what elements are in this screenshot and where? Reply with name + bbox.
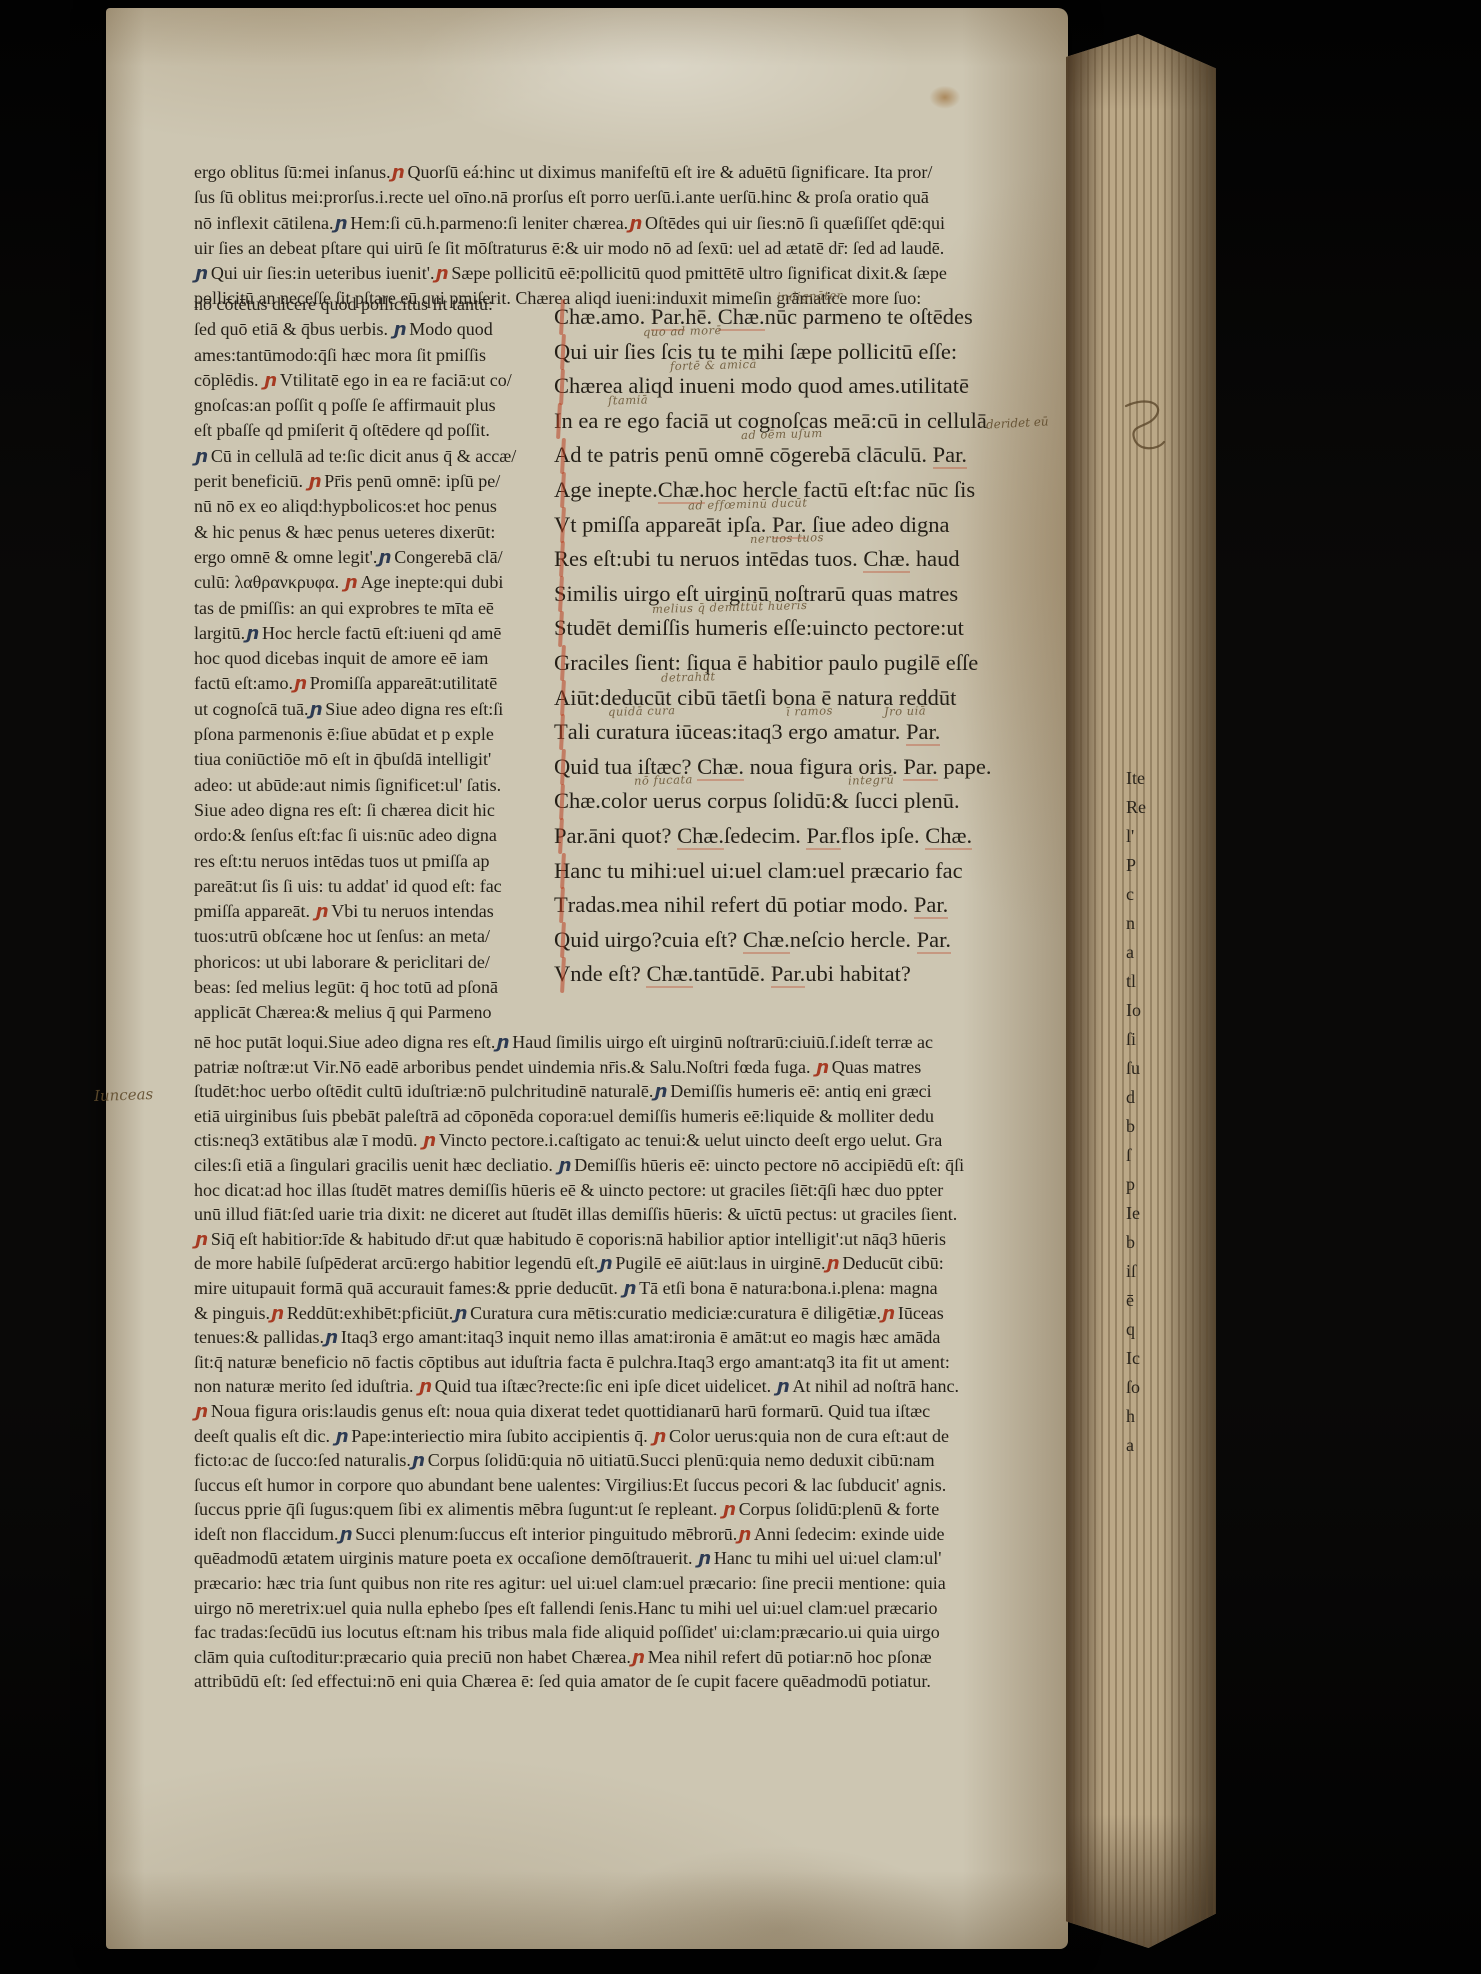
- text-line: & hic penus & hæc penus ueteres dixerūt:: [194, 520, 556, 545]
- text-line: ideſt non flaccidum.ɲSucci plenum:ſuccus…: [194, 1522, 1020, 1547]
- pilcrow-mark: ɲ: [600, 1253, 613, 1274]
- edge-text-fragment: a: [1126, 938, 1146, 967]
- text-line: beas: ſed melius legūt: q̄ hoc totū ad p…: [194, 975, 556, 1000]
- text-line: ſit:q̄ naturæ beneficio nō factis cōptib…: [194, 1350, 1020, 1375]
- speaker-abbrev: Chæ.: [925, 823, 972, 848]
- edge-text-fragment: b: [1126, 1112, 1146, 1141]
- edge-text-fragment: ſ: [1126, 1141, 1146, 1170]
- interlinear-gloss: fortē & amicā: [670, 357, 757, 373]
- interlinear-gloss: neruos tuos: [750, 530, 824, 546]
- text-line: phoricos: ut ubi laborare & periclitari …: [194, 950, 556, 975]
- text-line: deeſt qualis eſt dic. ɲPape:interiectio …: [194, 1424, 1020, 1449]
- text-line: nē hoc putāt loqui.Siue adeo digna res e…: [194, 1030, 1020, 1055]
- text-line: patriæ noſtræ:ut Vir.Nō eadē arboribus p…: [194, 1055, 1020, 1080]
- pilcrow-mark: ɲ: [325, 1327, 338, 1348]
- text-line: ſtudēt:hoc uerbo oſtēdit cultū iduſtriæ:…: [194, 1079, 1020, 1104]
- text-line: Qui uir ſies ſcis tu te mihi ſæpe pollic…: [554, 335, 1000, 370]
- text-line: Par.āni quot? Chæ.ſedecim. Par.flos ipſe…: [554, 819, 1000, 854]
- text-line: fac tradas:ſecūdū ius locutus eſt:nam hi…: [194, 1620, 1020, 1645]
- text-line: uirgo nō meretrix:uel quia nulla ephebo …: [194, 1596, 1020, 1621]
- text-line: ergo omnē & omne legit'.ɲCongerebā clā/: [194, 545, 556, 570]
- text-line: Res eſt:ubi tu neruos intēdas tuos. Chæ.…: [554, 542, 1000, 577]
- text-line: attribūdū eſt: ſed effectui:nō eni quia …: [194, 1669, 1020, 1694]
- rubricated-initial: T: [554, 888, 568, 923]
- rubricated-initial: Q: [554, 335, 570, 370]
- text-line: Studēt demiſſis humeris eſſe:uincto pect…: [554, 611, 1000, 646]
- speaker-abbrev: Chæ.: [677, 823, 724, 848]
- pilcrow-mark: ɲ: [816, 1057, 829, 1078]
- rubricated-initial: R: [554, 542, 569, 577]
- text-line: nō cōtētus dicere quod pollicitus ſit ta…: [194, 292, 556, 317]
- rubricated-initial: A: [554, 473, 570, 508]
- text-line: Chæ.amo. Par.hē. Chæ.nūc parmeno te oſtē…: [554, 300, 1000, 335]
- speaker-abbrev: Par.: [906, 719, 940, 744]
- text-line: ɲCū in cellulā ad te:ſic dicit anus q̄ &…: [194, 444, 556, 469]
- pilcrow-mark: ɲ: [294, 673, 307, 694]
- text-line: & pinguis.ɲReddūt:exhibēt:pficiūt.ɲCurat…: [194, 1301, 1020, 1326]
- interlinear-gloss: quidā cura: [607, 703, 675, 719]
- interlinear-gloss: Jro uiā: [884, 704, 926, 719]
- pilcrow-mark: ɲ: [882, 1303, 895, 1324]
- text-line: ciles:ſi etiā a ſingulari gracilis uenit…: [194, 1153, 1020, 1178]
- text-line: ergo oblitus ſū:mei inſanus.ɲQuorſū eá:h…: [194, 160, 1020, 185]
- text-line: ames:tantūmodo:q̄ſi hæc mora ſit pmiſſis: [194, 343, 556, 368]
- speaker-abbrev: Par.: [806, 823, 840, 848]
- fore-edge-pages: IteRel'PcnatlIoſiſudbſpIebiſēqIcſoha: [1066, 34, 1216, 1948]
- rubricated-initial: S: [554, 611, 567, 646]
- speaker-abbrev: Par.: [903, 754, 937, 779]
- text-line: uir ſies an debeat pſtare qui uirū ſe ſi…: [194, 236, 1020, 261]
- pilcrow-mark: ɲ: [436, 263, 449, 284]
- text-line: mire uitupauit formā quā accurauit fames…: [194, 1276, 1020, 1301]
- rubricated-initial: S: [554, 577, 567, 612]
- edge-text-fragment: d: [1126, 1083, 1146, 1112]
- book-page: ergo oblitus ſū:mei inſanus.ɲQuorſū eá:h…: [106, 8, 1068, 1949]
- text-line: ſuccus pprie q̄ſi ſugus:quem ſibi ex ali…: [194, 1497, 1020, 1522]
- interlinear-gloss: integrū: [848, 773, 895, 788]
- edge-text-fragment: p: [1126, 1170, 1146, 1199]
- text-line: tuos:utrū obſcæne hoc ut ſenſus: an meta…: [194, 924, 556, 949]
- interlinear-gloss: ī ramos: [786, 704, 833, 719]
- text-line: tenues:& pallidas.ɲItaq3 ergo amant:itaq…: [194, 1325, 1020, 1350]
- text-line: applicāt Chærea:& melius q̄ qui Parmeno: [194, 1000, 556, 1025]
- pilcrow-mark: ɲ: [339, 1524, 352, 1545]
- text-line: de more habilē ſuſpēderat arcū:ergo habi…: [194, 1251, 1020, 1276]
- text-line: largitū.ɲHoc hercle factū eſt:iueni qd a…: [194, 621, 556, 646]
- commentary-left-column: nō cōtētus dicere quod pollicitus ſit ta…: [194, 292, 556, 1026]
- rubricated-initial: V: [554, 957, 570, 992]
- speaker-abbrev: Chæ.: [863, 546, 910, 571]
- pilcrow-mark: ɲ: [334, 213, 347, 234]
- text-line: eſt pbaſſe qd pmiſerit q̄ oſtēdere qd po…: [194, 418, 556, 443]
- pilcrow-mark: ɲ: [195, 446, 208, 467]
- rubricated-initial: P: [554, 819, 567, 854]
- pilcrow-mark: ɲ: [271, 1303, 284, 1324]
- text-line: tiua coniūctiōe mō eſt in q̄buſdā intell…: [194, 747, 556, 772]
- pilcrow-mark: ɲ: [723, 1499, 736, 1520]
- text-line: ɲSiq̄ eſt habitior:īde & habitudo dr̄:ut…: [194, 1227, 1020, 1252]
- pilcrow-mark: ɲ: [195, 1229, 208, 1250]
- text-line: culū: λαθρανκρυφα. ɲAge inepte:qui dubi: [194, 570, 556, 595]
- edge-text-fragment: c: [1126, 880, 1146, 909]
- text-line: pmiſſa appareāt. ɲVbi tu neruos intendas: [194, 899, 556, 924]
- pilcrow-mark: ɲ: [738, 1524, 751, 1545]
- edge-text-fragment: ſu: [1126, 1054, 1146, 1083]
- pilcrow-mark: ɲ: [777, 1376, 790, 1397]
- edge-text-fragment: Re: [1126, 793, 1146, 822]
- pilcrow-mark: ɲ: [632, 1647, 645, 1668]
- text-line: nū nō ex eo aliqd:hypbolicos:et hoc penu…: [194, 494, 556, 519]
- interlinear-gloss: quo ad morē: [643, 323, 722, 339]
- text-line: pſona parmenonis ē:ſiue abūdat et p expl…: [194, 722, 556, 747]
- edge-text-fragment: q: [1126, 1315, 1146, 1344]
- interlinear-gloss: nō fucata: [634, 773, 693, 789]
- pilcrow-mark: ɲ: [826, 1253, 839, 1274]
- speaker-abbrev: Par.: [914, 892, 948, 917]
- rubricated-initial: G: [554, 646, 570, 681]
- speaker-abbrev: Par.: [917, 927, 951, 952]
- edge-text-fragment: ſo: [1126, 1373, 1146, 1402]
- pilcrow-mark: ɲ: [496, 1032, 509, 1053]
- text-line: Graciles ſient: ſiqua ē habitior paulo p…: [554, 646, 1000, 681]
- pilcrow-mark: ɲ: [392, 162, 405, 183]
- text-line: unū illud fiāt:ſed uarie tria dixit: ne …: [194, 1202, 1020, 1227]
- pilcrow-mark: ɲ: [195, 263, 208, 284]
- text-line: Hanc tu mihi:uel ui:uel clam:uel præcari…: [554, 854, 1000, 889]
- pilcrow-mark: ɲ: [246, 623, 259, 644]
- pilcrow-mark: ɲ: [623, 1278, 636, 1299]
- text-line: pareāt:ut ſis ſi uis: tu addat' id quod …: [194, 874, 556, 899]
- rubricated-initial: Q: [554, 923, 570, 958]
- text-line: ɲQui uir ſies:in ueteribus iuenit'.ɲSæpe…: [194, 261, 1020, 286]
- edge-text-fragment: Io: [1126, 996, 1146, 1025]
- pilcrow-mark: ɲ: [419, 1376, 432, 1397]
- text-line: ſed quō etiā & q̄bus uerbis. ɲModo quod: [194, 317, 556, 342]
- text-line: perit beneficiū. ɲPr̄is penū omnē: ipſū …: [194, 469, 556, 494]
- text-line: quēadmodū ætatem uirginis mature poeta e…: [194, 1546, 1020, 1571]
- text-line: cōplēdis. ɲVtilitatē ego in ea re faciā:…: [194, 368, 556, 393]
- rubricated-initial: I: [554, 404, 562, 439]
- text-line: Quid tua iſtæc? Chæ. noua figura oris. P…: [554, 750, 1000, 785]
- text-line: non naturæ merito ſed iduſtria. ɲQuid tu…: [194, 1374, 1020, 1399]
- edge-text-fragment: b: [1126, 1228, 1146, 1257]
- rubricated-initial: C: [554, 784, 569, 819]
- commentary-top-block: ergo oblitus ſū:mei inſanus.ɲQuorſū eá:h…: [194, 160, 1020, 312]
- speaker-abbrev: Chæ.: [646, 961, 693, 986]
- text-line: Tali curatura iūceas:itaq3 ergo amatur. …: [554, 715, 1000, 750]
- text-line: hoc quod dicebas inquit de amore eē iam: [194, 646, 556, 671]
- edge-text-fragment: iſ: [1126, 1257, 1146, 1286]
- text-line: tas de pmiſſis: an qui exprobres te mīta…: [194, 596, 556, 621]
- pilcrow-mark: ɲ: [335, 1426, 348, 1447]
- text-line: nō inflexit cātilena.ɲHem:ſi cū.h.parmen…: [194, 211, 1020, 236]
- text-line: Chæ.color uerus corpus ſolidū:& ſucci pl…: [554, 784, 1000, 819]
- rubricated-initial: V: [554, 508, 570, 543]
- text-line: res eſt:tu neruos intēdas tuos ut pmiſſa…: [194, 849, 556, 874]
- pen-flourish-mark: [1118, 394, 1170, 464]
- pilcrow-mark: ɲ: [423, 1130, 436, 1151]
- commentary-bottom-block: nē hoc putāt loqui.Siue adeo digna res e…: [194, 1030, 1020, 1694]
- edge-text-fragment: ſi: [1126, 1025, 1146, 1054]
- text-line: hoc dicat:ad hoc illas ſtudēt matres dem…: [194, 1178, 1020, 1203]
- text-line: Siue adeo digna res eſt: ſi chærea dicit…: [194, 798, 556, 823]
- pilcrow-mark: ɲ: [654, 1081, 667, 1102]
- edge-text-fragment: h: [1126, 1402, 1146, 1431]
- edge-text-fragment: a: [1126, 1431, 1146, 1460]
- interlinear-gloss: indignāter: [777, 288, 843, 304]
- text-line: etiā uirginibus ſuis pbebāt paleſtrā ad …: [194, 1104, 1020, 1129]
- text-line: præcario: hæc tria ſunt quibus non rite …: [194, 1571, 1020, 1596]
- rubricated-initial: C: [554, 300, 569, 335]
- text-line: Ad te patris penū omnē cōgerebā clāculū.…: [554, 438, 1000, 473]
- edge-text-fragment: Ie: [1126, 1199, 1146, 1228]
- pilcrow-mark: ɲ: [653, 1426, 666, 1447]
- interlinear-gloss: detrahūt: [661, 669, 716, 684]
- photograph-background: ergo oblitus ſū:mei inſanus.ɲQuorſū eá:h…: [0, 0, 1481, 1974]
- pilcrow-mark: ɲ: [308, 471, 321, 492]
- pilcrow-mark: ɲ: [454, 1303, 467, 1324]
- edge-text-fragment: Ic: [1126, 1344, 1146, 1373]
- edge-text-fragment: P: [1126, 851, 1146, 880]
- terence-verse-column: Chæ.amo. Par.hē. Chæ.nūc parmeno te oſtē…: [554, 300, 1000, 992]
- pilcrow-mark: ɲ: [558, 1155, 571, 1176]
- text-line: ctis:neq3 extātibus alæ ī modū. ɲVincto …: [194, 1128, 1020, 1153]
- pilcrow-mark: ɲ: [264, 370, 277, 391]
- marginal-annotation-right: deridet eū: [986, 414, 1049, 431]
- rubricated-initial: T: [554, 715, 568, 750]
- text-line: ut cognoſcā tuā.ɲSiue adeo digna res eſt…: [194, 697, 556, 722]
- text-line: adeo: ut abūde:aut nimis ſignificet:ul' …: [194, 773, 556, 798]
- rubricated-initial: A: [554, 681, 570, 716]
- edge-text-fragment: ē: [1126, 1286, 1146, 1315]
- text-line: Quid uirgo?cuia eſt? Chæ.neſcio hercle. …: [554, 923, 1000, 958]
- interlinear-gloss: ſtamiā: [607, 392, 648, 407]
- text-line: Tradas.mea nihil refert dū potiar modo. …: [554, 888, 1000, 923]
- text-line: gnoſcas:an poſſit q poſſe ſe affirmauit …: [194, 393, 556, 418]
- pilcrow-mark: ɲ: [378, 547, 391, 568]
- interlinear-gloss: ad oēm uſum: [741, 426, 823, 442]
- text-line: factū eſt:amo.ɲPromiſſa appareāt:utilita…: [194, 671, 556, 696]
- edge-text-fragment: Ite: [1126, 764, 1146, 793]
- pilcrow-mark: ɲ: [195, 1401, 208, 1422]
- pilcrow-mark: ɲ: [629, 213, 642, 234]
- speaker-abbrev: Chæ.: [743, 927, 790, 952]
- text-line: ɲNoua figura oris:laudis genus eſt: noua…: [194, 1399, 1020, 1424]
- facing-page-text-fragments: IteRel'PcnatlIoſiſudbſpIebiſēqIcſoha: [1126, 764, 1146, 1460]
- pilcrow-mark: ɲ: [309, 699, 322, 720]
- marginal-annotation-left: Iunceas: [94, 1085, 154, 1105]
- pilcrow-mark: ɲ: [698, 1548, 711, 1569]
- text-line: Vnde eſt? Chæ.tantūdē. Par.ubi habitat?: [554, 957, 1000, 992]
- text-line: ordo:& ſenſus eſt:fac ſi uis:nūc adeo di…: [194, 823, 556, 848]
- speaker-abbrev: Par.: [933, 442, 967, 467]
- text-line: clām quia cuſtoditur:præcario quia preci…: [194, 1645, 1020, 1670]
- edge-text-fragment: tl: [1126, 967, 1146, 996]
- pilcrow-mark: ɲ: [393, 319, 406, 340]
- edge-text-fragment: l': [1126, 822, 1146, 851]
- rubricated-initial: C: [554, 369, 569, 404]
- edge-text-fragment: n: [1126, 909, 1146, 938]
- speaker-abbrev: Par.: [771, 961, 805, 986]
- rubricated-initial: A: [554, 438, 570, 473]
- pilcrow-mark: ɲ: [412, 1450, 425, 1471]
- speaker-abbrev: Chæ.: [697, 754, 744, 779]
- text-line: ſus ſū oblitus mei:prorſus.i.recte uel o…: [194, 185, 1020, 210]
- pilcrow-mark: ɲ: [315, 901, 328, 922]
- rubricated-initial: Q: [554, 750, 570, 785]
- text-line: ficto:ac de ſucco:ſed naturalis.ɲCorpus …: [194, 1448, 1020, 1473]
- interlinear-gloss: ad effœminū ducūt: [688, 495, 808, 512]
- text-line: ſuccus eſt humor in corpore quo abundant…: [194, 1473, 1020, 1498]
- pilcrow-mark: ɲ: [345, 572, 358, 593]
- rubricated-initial: H: [554, 854, 570, 889]
- speaker-abbrev: Chæ.: [718, 304, 765, 329]
